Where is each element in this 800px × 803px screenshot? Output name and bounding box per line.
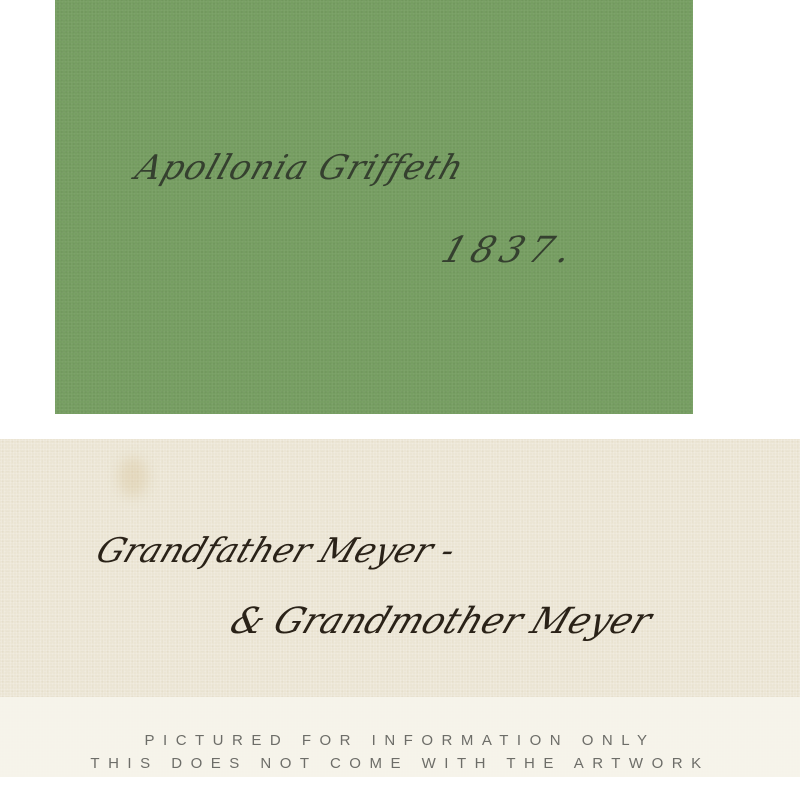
notice-line-2: THIS DOES NOT COME WITH THE ARTWORK <box>0 755 800 772</box>
inscription-year: 1837. <box>436 230 582 271</box>
paper-stain <box>118 457 148 497</box>
notice-line-1: PICTURED FOR INFORMATION ONLY <box>0 732 800 749</box>
inscription-line-grandfather: Grandfather Meyer - <box>91 531 461 571</box>
inscription-name: Apollonia Griffeth <box>131 148 470 188</box>
green-inscription-card: Apollonia Griffeth 1837. <box>55 0 693 414</box>
inscription-line-grandmother: & Grandmother Meyer <box>225 601 658 642</box>
